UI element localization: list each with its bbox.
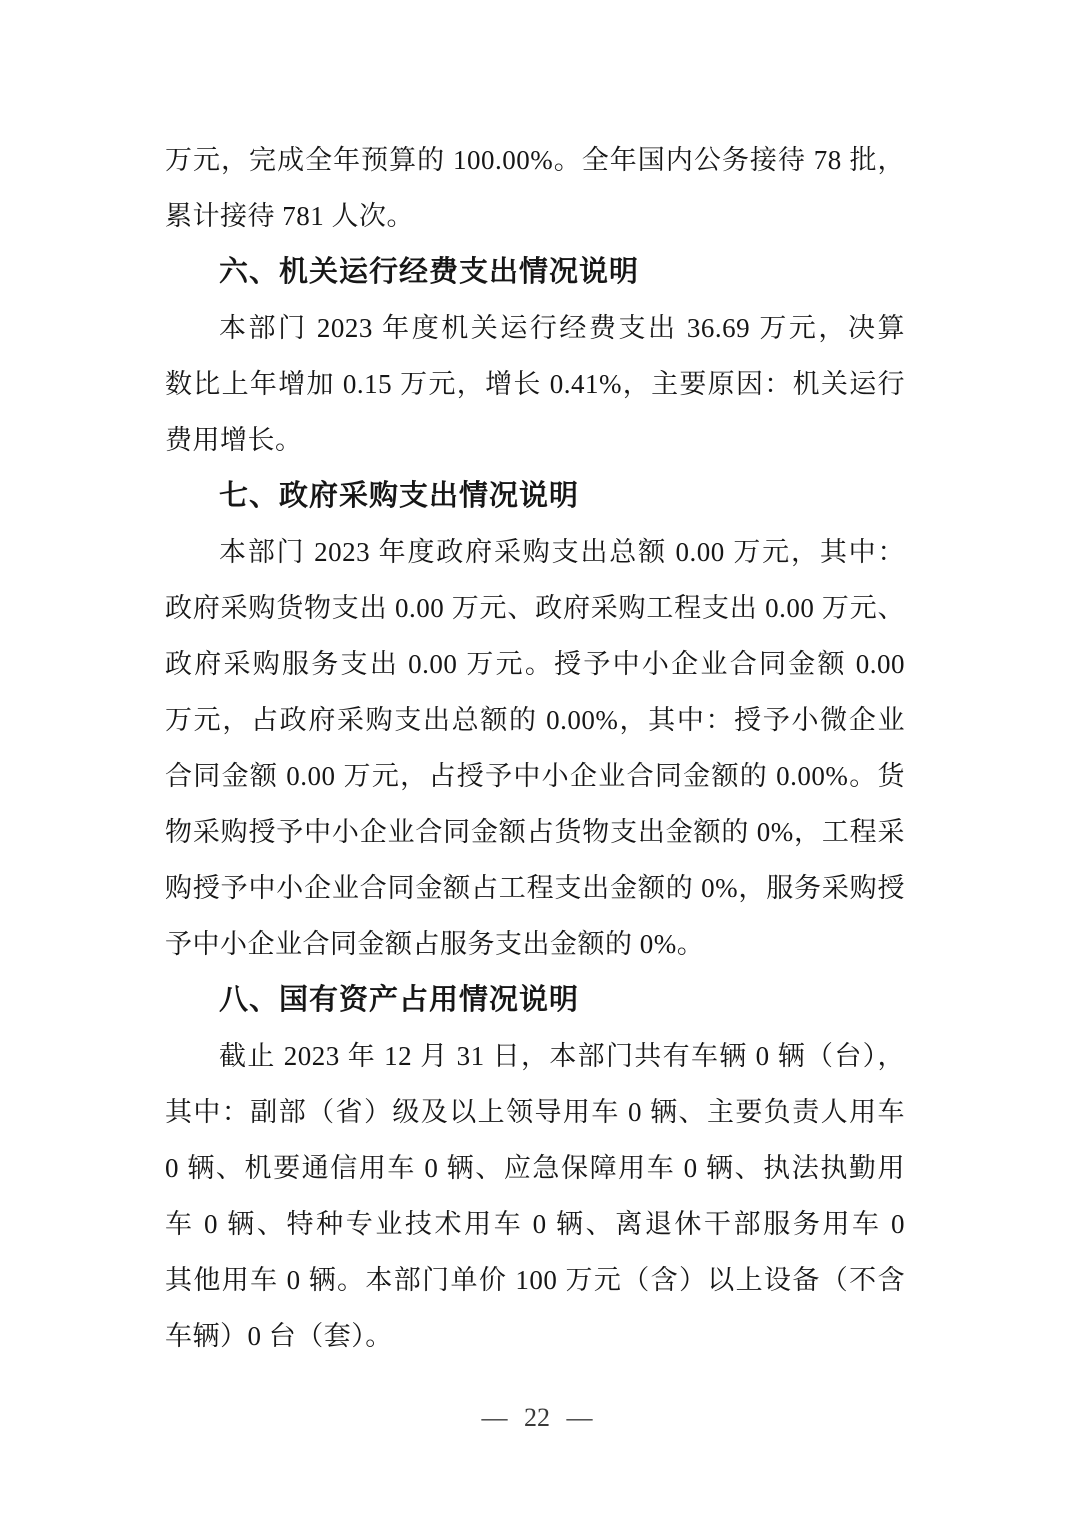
text-line: 万元，占政府采购支出总额的 0.00%，其中：授予小微企业: [165, 692, 905, 748]
text-line: 0 辆、机要通信用车 0 辆、应急保障用车 0 辆、执法执勤用: [165, 1140, 905, 1196]
text-line: 物采购授予中小企业合同金额占货物支出金额的 0%，工程采: [165, 804, 905, 860]
text-line: 购授予中小企业合同金额占工程支出金额的 0%，服务采购授: [165, 860, 905, 916]
text-line: 政府采购服务支出 0.00 万元。授予中小企业合同金额 0.00: [165, 636, 905, 692]
text-line: 本部门 2023 年度政府采购支出总额 0.00 万元，其中：: [165, 524, 905, 580]
section-heading: 六、机关运行经费支出情况说明: [165, 244, 905, 300]
text-line: 万元，完成全年预算的 100.00%。全年国内公务接待 78 批，: [165, 132, 905, 188]
text-line: 车 0 辆、特种专业技术用车 0 辆、离退休干部服务用车 0 辆、: [165, 1196, 905, 1252]
page-number: — 22 —: [0, 1398, 1074, 1438]
text-line: 合同金额 0.00 万元，占授予中小企业合同金额的 0.00%。货: [165, 748, 905, 804]
document-page: 万元，完成全年预算的 100.00%。全年国内公务接待 78 批，累计接待 78…: [0, 0, 1074, 1520]
text-line: 截止 2023 年 12 月 31 日，本部门共有车辆 0 辆（台），: [165, 1028, 905, 1084]
section-heading: 八、国有资产占用情况说明: [165, 972, 905, 1028]
text-line: 累计接待 781 人次。: [165, 188, 905, 244]
text-line: 数比上年增加 0.15 万元，增长 0.41%，主要原因：机关运行: [165, 356, 905, 412]
text-line: 其中：副部（省）级及以上领导用车 0 辆、主要负责人用车: [165, 1084, 905, 1140]
text-line: 政府采购货物支出 0.00 万元、政府采购工程支出 0.00 万元、: [165, 580, 905, 636]
document-body: 万元，完成全年预算的 100.00%。全年国内公务接待 78 批，累计接待 78…: [165, 132, 905, 1364]
text-line: 费用增长。: [165, 412, 905, 468]
text-line: 车辆）0 台（套）。: [165, 1308, 905, 1364]
text-line: 其他用车 0 辆。本部门单价 100 万元（含）以上设备（不含: [165, 1252, 905, 1308]
text-line: 本部门 2023 年度机关运行经费支出 36.69 万元，决算: [165, 300, 905, 356]
text-line: 予中小企业合同金额占服务支出金额的 0%。: [165, 916, 905, 972]
section-heading: 七、政府采购支出情况说明: [165, 468, 905, 524]
